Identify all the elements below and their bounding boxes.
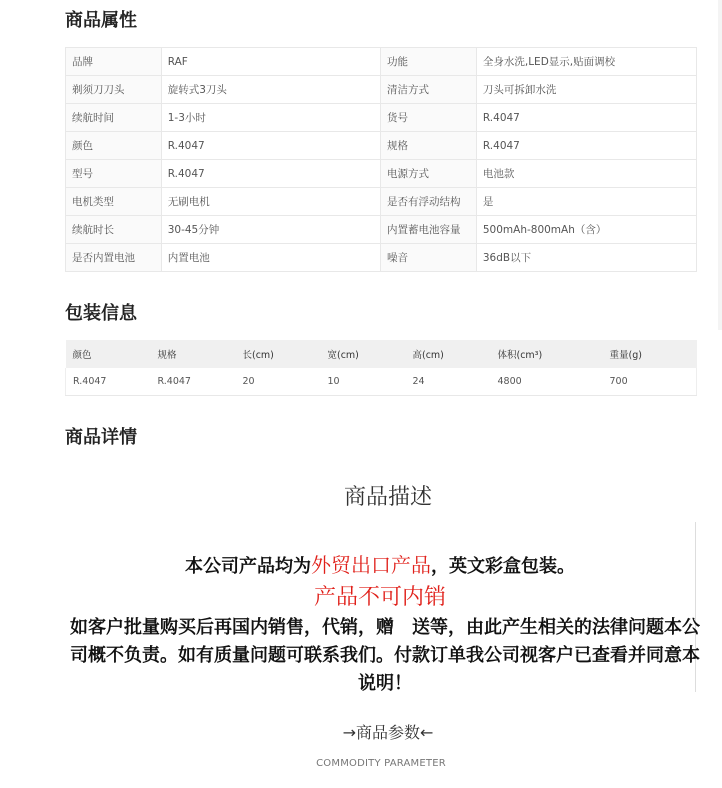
attr-value: R.4047	[161, 160, 380, 188]
attr-value: RAF	[161, 48, 380, 76]
commodity-parameter-heading: →商品参数←	[0, 720, 722, 743]
attr-label: 型号	[66, 160, 162, 188]
attr-label: 是否有浮动结构	[381, 188, 477, 216]
attr-value: 刀头可拆卸水洗	[476, 76, 696, 104]
column-header: 重量(g)	[603, 340, 697, 368]
product-detail-page: 商品属性 品牌 RAF 功能 全身水洗,LED显示,贴面调校 剃须刀刀头 旋转式…	[0, 0, 722, 788]
column-header: 高(cm)	[406, 340, 491, 368]
attr-label: 规格	[381, 132, 477, 160]
attr-value: 电池款	[476, 160, 696, 188]
attr-value: 36dB以下	[476, 244, 696, 272]
table-row: 是否内置电池 内置电池 噪音 36dB以下	[66, 244, 697, 272]
attr-value: 1-3小时	[161, 104, 380, 132]
attr-label: 是否内置电池	[66, 244, 162, 272]
attr-label: 噪音	[381, 244, 477, 272]
notice-highlight: 外贸出口产品	[311, 553, 431, 577]
attr-value: R.4047	[161, 132, 380, 160]
table-row: 续航时长 30-45分钟 内置蓄电池容量 500mAh-800mAh（含）	[66, 216, 697, 244]
product-attributes-table: 品牌 RAF 功能 全身水洗,LED显示,贴面调校 剃须刀刀头 旋转式3刀头 清…	[65, 47, 697, 272]
table-row: 颜色 R.4047 规格 R.4047	[66, 132, 697, 160]
table-row: 剃须刀刀头 旋转式3刀头 清洁方式 刀头可拆卸水洗	[66, 76, 697, 104]
attr-label: 剃须刀刀头	[66, 76, 162, 104]
notice-prefix: 本公司产品均为	[185, 556, 311, 577]
table-row: 品牌 RAF 功能 全身水洗,LED显示,贴面调校	[66, 48, 697, 76]
attr-label: 电机类型	[66, 188, 162, 216]
attr-value: 全身水洗,LED显示,贴面调校	[476, 48, 696, 76]
column-header: 长(cm)	[236, 340, 321, 368]
column-header: 规格	[151, 340, 236, 368]
table-cell: 700	[603, 368, 697, 396]
column-header: 颜色	[66, 340, 151, 368]
attr-label: 电源方式	[381, 160, 477, 188]
table-cell: 24	[406, 368, 491, 396]
attr-label: 清洁方式	[381, 76, 477, 104]
attr-value: 内置电池	[161, 244, 380, 272]
column-header: 宽(cm)	[321, 340, 406, 368]
scrollbar[interactable]	[718, 0, 722, 330]
attr-value: 30-45分钟	[161, 216, 380, 244]
notice-line-2: 产品不可内销	[60, 580, 700, 611]
attr-value: R.4047	[476, 104, 696, 132]
table-cell: R.4047	[66, 368, 151, 396]
table-row: R.4047 R.4047 20 10 24 4800 700	[66, 368, 697, 396]
table-cell: 10	[321, 368, 406, 396]
attr-value: 500mAh-800mAh（含）	[476, 216, 696, 244]
notice-line-1: 本公司产品均为外贸出口产品，英文彩盒包装。	[60, 549, 700, 578]
attr-label: 功能	[381, 48, 477, 76]
table-header-row: 颜色 规格 长(cm) 宽(cm) 高(cm) 体积(cm³) 重量(g)	[66, 340, 697, 368]
attr-label: 续航时长	[66, 216, 162, 244]
attr-value: 是	[476, 188, 696, 216]
attr-value: R.4047	[476, 132, 696, 160]
table-cell: 20	[236, 368, 321, 396]
product-attributes-title: 商品属性	[65, 9, 137, 33]
notice-suffix: ，英文彩盒包装。	[431, 556, 575, 577]
table-row: 电机类型 无刷电机 是否有浮动结构 是	[66, 188, 697, 216]
packaging-info-title: 包装信息	[65, 302, 137, 326]
column-header: 体积(cm³)	[491, 340, 603, 368]
attr-label: 续航时间	[66, 104, 162, 132]
table-row: 型号 R.4047 电源方式 电池款	[66, 160, 697, 188]
attr-label: 颜色	[66, 132, 162, 160]
table-cell: R.4047	[151, 368, 236, 396]
attr-label: 货号	[381, 104, 477, 132]
attr-value: 无刷电机	[161, 188, 380, 216]
table-cell: 4800	[491, 368, 603, 396]
attr-label: 品牌	[66, 48, 162, 76]
product-details-title: 商品详情	[65, 426, 137, 450]
packaging-info-table: 颜色 规格 长(cm) 宽(cm) 高(cm) 体积(cm³) 重量(g) R.…	[65, 340, 697, 396]
table-row: 续航时间 1-3小时 货号 R.4047	[66, 104, 697, 132]
not-for-domestic-sale-text: 产品不可内销	[314, 585, 446, 610]
description-heading: 商品描述	[0, 480, 722, 511]
attr-label: 内置蓄电池容量	[381, 216, 477, 244]
notice-disclaimer: 如客户批量购买后再国内销售，代销，赠 送等，由此产生相关的法律问题本公司概不负责…	[60, 614, 710, 698]
commodity-parameter-subheading: COMMODITY PARAMETER	[0, 758, 722, 769]
attr-value: 旋转式3刀头	[161, 76, 380, 104]
